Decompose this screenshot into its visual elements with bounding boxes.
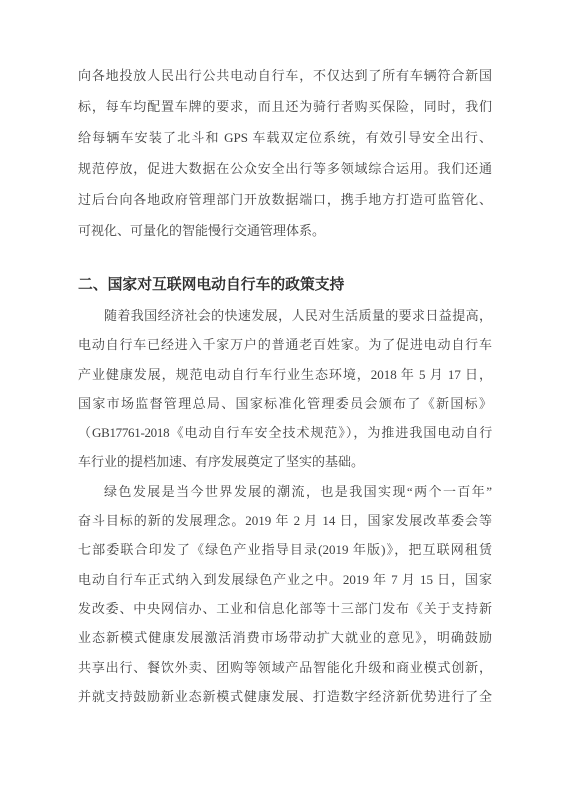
text-line: 并就支持鼓励新业态新模式健康发展、打造数字经济新优势进行了全	[78, 682, 492, 711]
text-line: 奋斗目标的新的发展理念。2019 年 2 月 14 日，国家发展改革委会等	[78, 506, 492, 535]
text-line: 国家市场监督管理总局、国家标准化管理委员会颁布了《新国标》	[78, 389, 492, 418]
text-line: 电动自行车已经进入千家万户的普通老百姓家。为了促进电动自行车	[78, 330, 492, 359]
text-line: 给每辆车安装了北斗和 GPS 车载双定位系统，有效引导安全出行、	[78, 122, 492, 153]
text-line: 产业健康发展，规范电动自行车行业生态环境，2018 年 5 月 17 日，	[78, 360, 492, 389]
text-line: 规范停放，促进大数据在公众安全出行等多领域综合运用。我们还通	[78, 153, 492, 184]
text-line: 标，每车均配置车牌的要求，而且还为骑行者购买保险，同时，我们	[78, 91, 492, 122]
paragraph-continued: 向各地投放人民出行公共电动自行车，不仅达到了所有车辆符合新国 标，每车均配置车牌…	[78, 60, 492, 246]
text-line: 电动自行车正式纳入到发展绿色产业之中。2019 年 7 月 15 日，国家	[78, 565, 492, 594]
document-body: 向各地投放人民出行公共电动自行车，不仅达到了所有车辆符合新国 标，每车均配置车牌…	[78, 60, 492, 711]
text-line: 共享出行、餐饮外卖、团购等领域产品智能化升级和商业模式创新，	[78, 653, 492, 682]
text-line: 车行业的提档加速、有序发展奠定了坚实的基础。	[78, 447, 492, 476]
paragraph: 随着我国经济社会的快速发展，人民对生活质量的要求日益提高， 电动自行车已经进入千…	[78, 301, 492, 477]
text-line: 可视化、可量化的智能慢行交通管理体系。	[78, 215, 492, 246]
text-line: 七部委联合印发了《绿色产业指导目录(2019 年版)》，把互联网租赁	[78, 535, 492, 564]
text-line: 发改委、中央网信办、工业和信息化部等十三部门发布《关于支持新	[78, 594, 492, 623]
paragraph: 绿色发展是当今世界发展的潮流，也是我国实现“两个一百年” 奋斗目标的新的发展理念…	[78, 477, 492, 711]
text-line: 随着我国经济社会的快速发展，人民对生活质量的要求日益提高，	[78, 301, 492, 330]
text-line: 向各地投放人民出行公共电动自行车，不仅达到了所有车辆符合新国	[78, 60, 492, 91]
text-line: 业态新模式健康发展激活消费市场带动扩大就业的意见》，明确鼓励	[78, 623, 492, 652]
section-heading: 二、国家对互联网电动自行车的政策支持	[78, 270, 492, 301]
document-page: 向各地投放人民出行公共电动自行车，不仅达到了所有车辆符合新国 标，每车均配置车牌…	[0, 0, 566, 800]
text-line: 过后台向各地政府管理部门开放数据端口，携手地方打造可监管化、	[78, 184, 492, 215]
text-line: 绿色发展是当今世界发展的潮流，也是我国实现“两个一百年”	[78, 477, 492, 506]
text-line: （GB17761-2018《电动自行车安全技术规范》），为推进我国电动自行	[78, 418, 492, 447]
